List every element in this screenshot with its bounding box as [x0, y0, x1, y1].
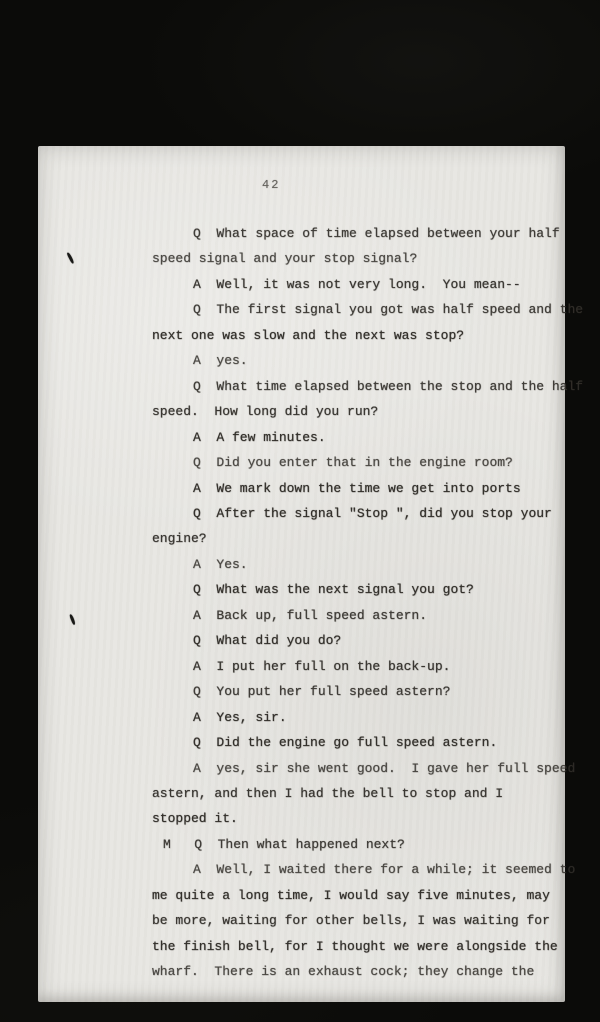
- transcript-line: A Yes.: [152, 552, 562, 577]
- transcript-line: next one was slow and the next was stop?: [152, 323, 562, 348]
- transcript-line: the finish bell, for I thought we were a…: [152, 934, 562, 959]
- film-grain: [0, 0, 1, 1]
- transcript-line: me quite a long time, I would say five m…: [152, 883, 562, 908]
- transcript-line: A yes.: [152, 348, 562, 373]
- transcript-line: wharf. There is an exhaust cock; they ch…: [152, 959, 562, 984]
- transcript-line: M Q Then what happened next?: [152, 832, 562, 857]
- transcript-line: Q Did the engine go full speed astern.: [152, 730, 562, 755]
- document-page: 42 Q What space of time elapsed between …: [38, 146, 565, 1002]
- transcript-line: Q You put her full speed astern?: [152, 679, 562, 704]
- transcript-line: A Well, it was not very long. You mean--: [152, 272, 562, 297]
- transcript-text: Q What space of time elapsed between you…: [152, 221, 562, 985]
- transcript-line: A A few minutes.: [152, 425, 562, 450]
- transcript-line: A Well, I waited there for a while; it s…: [152, 857, 562, 882]
- transcript-line: Q What time elapsed between the stop and…: [152, 374, 562, 399]
- transcript-line: speed signal and your stop signal?: [152, 246, 562, 271]
- transcript-line: stopped it.: [152, 806, 562, 831]
- page-number: 42: [262, 178, 280, 192]
- transcript-line: A Back up, full speed astern.: [152, 603, 562, 628]
- transcript-line: Q What was the next signal you got?: [152, 577, 562, 602]
- transcript-line: Q What space of time elapsed between you…: [152, 221, 562, 246]
- transcript-line: Q Did you enter that in the engine room?: [152, 450, 562, 475]
- transcript-line: engine?: [152, 526, 562, 551]
- pen-tick-icon: [69, 614, 76, 625]
- transcript-line: Q After the signal "Stop ", did you stop…: [152, 501, 562, 526]
- transcript-line: A yes, sir she went good. I gave her ful…: [152, 756, 562, 781]
- transcript-line: speed. How long did you run?: [152, 399, 562, 424]
- transcript-line: A Yes, sir.: [152, 705, 562, 730]
- transcript-line: A We mark down the time we get into port…: [152, 476, 562, 501]
- scan-photo: 42 Q What space of time elapsed between …: [0, 0, 600, 1022]
- transcript-line: A I put her full on the back-up.: [152, 654, 562, 679]
- transcript-line: Q The first signal you got was half spee…: [152, 297, 562, 322]
- transcript-line: be more, waiting for other bells, I was …: [152, 908, 562, 933]
- transcript-line: astern, and then I had the bell to stop …: [152, 781, 562, 806]
- transcript-line: Q What did you do?: [152, 628, 562, 653]
- pen-tick-icon: [66, 252, 74, 264]
